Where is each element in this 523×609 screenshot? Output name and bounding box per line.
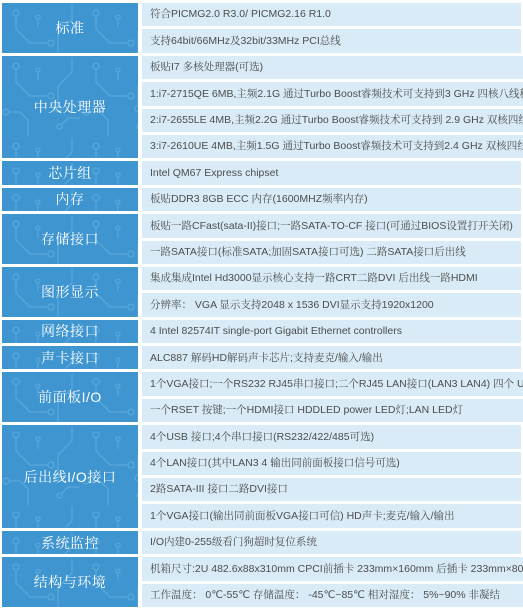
spec-row-text: Intel QM67 Express chipset	[150, 168, 278, 179]
spec-group-header: 图形显示	[2, 267, 138, 317]
spec-row-text: 集成集成Intel Hd3000显示核心支持一路CRT二路DVI 后出线一路HD…	[150, 273, 478, 284]
spec-group: 网络接口 4 Intel 82574IT single-port Gigabit…	[2, 320, 521, 343]
spec-group-title: 内存	[56, 192, 85, 206]
spec-group-header: 声卡接口	[2, 346, 138, 369]
spec-row: 一个RSET 按键;一个HDMI接口 HDDLED power LED灯;LAN…	[142, 399, 523, 422]
spec-row-text: 支持64bit/66MHz及32bit/33MHz PCI总线	[150, 36, 341, 47]
spec-group: 后出线I/O接口 4个USB 接口;4个串口接口(RS232/422/485可选…	[2, 425, 521, 528]
spec-group-title: 后出线I/O接口	[24, 470, 117, 484]
spec-row-text: 板贴DDR3 8GB ECC 内存(1600MHZ频率内存)	[150, 194, 368, 205]
spec-group-rows: 符合PICMG2.0 R3.0/ PICMG2.16 R1.0 支持64bit/…	[142, 3, 521, 53]
spec-row-text: 符合PICMG2.0 R3.0/ PICMG2.16 R1.0	[150, 9, 331, 20]
spec-row: 集成集成Intel Hd3000显示核心支持一路CRT二路DVI 后出线一路HD…	[142, 267, 521, 290]
spec-row-text: 1个VGA接口;一个RS232 RJ45串口接口;二个RJ45 LAN接口(LA…	[150, 379, 523, 390]
spec-row: 符合PICMG2.0 R3.0/ PICMG2.16 R1.0	[142, 3, 521, 26]
spec-group: 中央处理器 板贴I7 多核处理器(可选) 1:i7-2715QE 6MB,主频2…	[2, 56, 521, 159]
spec-row: 工作温度： 0℃-55℃ 存储温度： -45℃~85℃ 相对湿度： 5%~90%…	[142, 584, 523, 607]
spec-group: 声卡接口 ALC887 解码HD解码声卡芯片;支持麦克/输入/输出	[2, 346, 521, 369]
spec-row-text: 分辨率： VGA 显示支持2048 x 1536 DVI显示支持1920x120…	[150, 300, 434, 311]
spec-group-title: 结构与环境	[34, 575, 107, 589]
spec-group-header: 内存	[2, 188, 138, 211]
spec-row: 一路SATA接口(标准SATA;加固SATA接口可选) 二路SATA接口后出线	[142, 241, 521, 264]
spec-group-title: 系统监控	[41, 536, 99, 550]
spec-group-rows: Intel QM67 Express chipset	[142, 161, 521, 184]
spec-group-header: 前面板I/O	[2, 372, 138, 422]
spec-group-title: 图形显示	[41, 285, 99, 299]
spec-row-text: 4个LAN接口(其中LAN3 4 输出同前面板接口信号可选)	[150, 458, 400, 469]
spec-row-text: 4个USB 接口;4个串口接口(RS232/422/485可选)	[150, 432, 374, 443]
spec-group-rows: I/O内建0-255级看门狗超时复位系统	[142, 531, 521, 554]
spec-group-header: 中央处理器	[2, 56, 138, 159]
spec-row-text: 一路SATA接口(标准SATA;加固SATA接口可选) 二路SATA接口后出线	[150, 247, 466, 258]
spec-row-text: 4 Intel 82574IT single-port Gigabit Ethe…	[150, 326, 402, 337]
spec-row: 分辨率： VGA 显示支持2048 x 1536 DVI显示支持1920x120…	[142, 293, 521, 316]
spec-group-title: 声卡接口	[41, 351, 99, 365]
spec-group-header: 系统监控	[2, 531, 138, 554]
spec-group-header: 存储接口	[2, 214, 138, 264]
spec-group-title: 存储接口	[41, 232, 99, 246]
spec-group-title: 网络接口	[41, 324, 99, 338]
spec-row: 4个USB 接口;4个串口接口(RS232/422/485可选)	[142, 425, 521, 448]
spec-row-text: 板贴I7 多核处理器(可选)	[150, 62, 263, 73]
spec-group: 芯片组 Intel QM67 Express chipset	[2, 161, 521, 184]
spec-group: 系统监控 I/O内建0-255级看门狗超时复位系统	[2, 531, 521, 554]
spec-row: 板贴DDR3 8GB ECC 内存(1600MHZ频率内存)	[142, 188, 521, 211]
spec-group: 图形显示 集成集成Intel Hd3000显示核心支持一路CRT二路DVI 后出…	[2, 267, 521, 317]
spec-group-title: 前面板I/O	[38, 390, 102, 404]
spec-group: 标准 符合PICMG2.0 R3.0/ PICMG2.16 R1.0 支持64b…	[2, 3, 521, 53]
spec-row: I/O内建0-255级看门狗超时复位系统	[142, 531, 521, 554]
spec-row: 支持64bit/66MHz及32bit/33MHz PCI总线	[142, 29, 521, 52]
spec-group-rows: 板贴DDR3 8GB ECC 内存(1600MHZ频率内存)	[142, 188, 521, 211]
spec-table: 标准 符合PICMG2.0 R3.0/ PICMG2.16 R1.0 支持64b…	[2, 3, 521, 607]
spec-group-rows: 板贴I7 多核处理器(可选) 1:i7-2715QE 6MB,主频2.1G 通过…	[142, 56, 523, 159]
spec-row: ALC887 解码HD解码声卡芯片;支持麦克/输入/输出	[142, 346, 521, 369]
spec-row-text: 工作温度： 0℃-55℃ 存储温度： -45℃~85℃ 相对湿度： 5%~90%…	[150, 590, 500, 601]
spec-row: 3:i7-2610UE 4MB,主频1.5G 通过Turbo Boost睿频技术…	[142, 135, 523, 158]
spec-group-title: 芯片组	[48, 166, 92, 180]
spec-group-rows: 板贴一路CFast(sata-II)接口;一路SATA-TO-CF 接口(可通过…	[142, 214, 521, 264]
spec-row: 板贴一路CFast(sata-II)接口;一路SATA-TO-CF 接口(可通过…	[142, 214, 521, 237]
spec-row: 机箱尺寸:2U 482.6x88x310mm CPCI前插卡 233mm×160…	[142, 557, 523, 580]
spec-row: 4个LAN接口(其中LAN3 4 输出同前面板接口信号可选)	[142, 452, 521, 475]
spec-row-text: 3:i7-2610UE 4MB,主频1.5G 通过Turbo Boost睿频技术…	[150, 141, 523, 152]
spec-group-title: 标准	[56, 21, 85, 35]
spec-row: 1:i7-2715QE 6MB,主频2.1G 通过Turbo Boost睿频技术…	[142, 82, 523, 105]
spec-row: 2:i7-2655LE 4MB,主频2.2G 通过Turbo Boost睿频技术…	[142, 109, 523, 132]
spec-group-title: 中央处理器	[34, 100, 107, 114]
spec-group-rows: 集成集成Intel Hd3000显示核心支持一路CRT二路DVI 后出线一路HD…	[142, 267, 521, 317]
spec-group-rows: 机箱尺寸:2U 482.6x88x310mm CPCI前插卡 233mm×160…	[142, 557, 523, 607]
spec-row-text: 1个VGA接口(输出同前面板VGA接口可信) HD声卡;麦克/输入/输出	[150, 511, 455, 522]
spec-group-rows: ALC887 解码HD解码声卡芯片;支持麦克/输入/输出	[142, 346, 521, 369]
spec-row: 1个VGA接口(输出同前面板VGA接口可信) HD声卡;麦克/输入/输出	[142, 504, 521, 527]
spec-group-rows: 1个VGA接口;一个RS232 RJ45串口接口;二个RJ45 LAN接口(LA…	[142, 372, 523, 422]
spec-group-header: 标准	[2, 3, 138, 53]
spec-group-header: 结构与环境	[2, 557, 138, 607]
spec-group-rows: 4 Intel 82574IT single-port Gigabit Ethe…	[142, 320, 521, 343]
spec-group: 内存 板贴DDR3 8GB ECC 内存(1600MHZ频率内存)	[2, 188, 521, 211]
spec-row-text: 2路SATA-III 接口二路DVI接口	[150, 484, 288, 495]
spec-row-text: 一个RSET 按键;一个HDMI接口 HDDLED power LED灯;LAN…	[150, 405, 463, 416]
spec-row-text: 2:i7-2655LE 4MB,主频2.2G 通过Turbo Boost睿频技术…	[150, 115, 523, 126]
spec-group-header: 网络接口	[2, 320, 138, 343]
spec-group: 存储接口 板贴一路CFast(sata-II)接口;一路SATA-TO-CF 接…	[2, 214, 521, 264]
spec-group: 前面板I/O 1个VGA接口;一个RS232 RJ45串口接口;二个RJ45 L…	[2, 372, 521, 422]
spec-group: 结构与环境 机箱尺寸:2U 482.6x88x310mm CPCI前插卡 233…	[2, 557, 521, 607]
spec-row: 4 Intel 82574IT single-port Gigabit Ethe…	[142, 320, 521, 343]
spec-sheet: 标准 符合PICMG2.0 R3.0/ PICMG2.16 R1.0 支持64b…	[0, 0, 523, 609]
spec-row-text: 板贴一路CFast(sata-II)接口;一路SATA-TO-CF 接口(可通过…	[150, 221, 513, 232]
spec-group-header: 后出线I/O接口	[2, 425, 138, 528]
spec-row-text: 机箱尺寸:2U 482.6x88x310mm CPCI前插卡 233mm×160…	[150, 564, 523, 575]
spec-row: 板贴I7 多核处理器(可选)	[142, 56, 523, 79]
spec-row: 2路SATA-III 接口二路DVI接口	[142, 478, 521, 501]
spec-row: Intel QM67 Express chipset	[142, 161, 521, 184]
spec-row-text: 1:i7-2715QE 6MB,主频2.1G 通过Turbo Boost睿频技术…	[150, 89, 523, 100]
spec-group-header: 芯片组	[2, 161, 138, 184]
spec-row-text: I/O内建0-255级看门狗超时复位系统	[150, 537, 317, 548]
spec-row: 1个VGA接口;一个RS232 RJ45串口接口;二个RJ45 LAN接口(LA…	[142, 372, 523, 395]
spec-row-text: ALC887 解码HD解码声卡芯片;支持麦克/输入/输出	[150, 353, 383, 364]
spec-group-rows: 4个USB 接口;4个串口接口(RS232/422/485可选) 4个LAN接口…	[142, 425, 521, 528]
